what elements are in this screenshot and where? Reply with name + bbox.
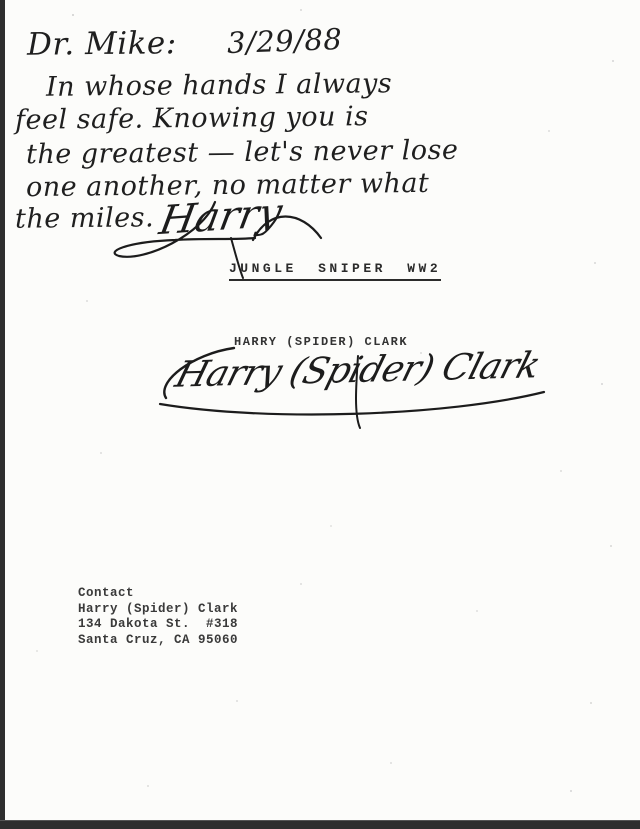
contact-name: Harry (Spider) Clark [78, 602, 238, 618]
contact-block: Contact Harry (Spider) Clark 134 Dakota … [78, 586, 238, 648]
note-line-1: In whose hands I always [46, 68, 393, 103]
note-line-3: the greatest — let's never lose [26, 135, 459, 171]
scanned-letter-page: Dr. Mike: 3/29/88 In whose hands I alway… [0, 0, 640, 829]
harry-signature-text: Harry [156, 190, 286, 244]
note-salutation: Dr. Mike: [27, 25, 177, 63]
contact-heading: Contact [78, 586, 238, 602]
contact-address-line2: Santa Cruz, CA 95060 [78, 633, 238, 649]
contact-address-line1: 134 Dakota St. #318 [78, 617, 238, 633]
note-line-2: feel safe. Knowing you is [15, 101, 369, 136]
script-title: JUNGLE SNIPER WW2 [229, 261, 441, 281]
author-signature: Harry (Spider) Clark [148, 336, 548, 431]
scan-edge-bottom [0, 820, 640, 829]
note-date: 3/29/88 [226, 22, 342, 60]
scan-edge-left [0, 0, 5, 829]
